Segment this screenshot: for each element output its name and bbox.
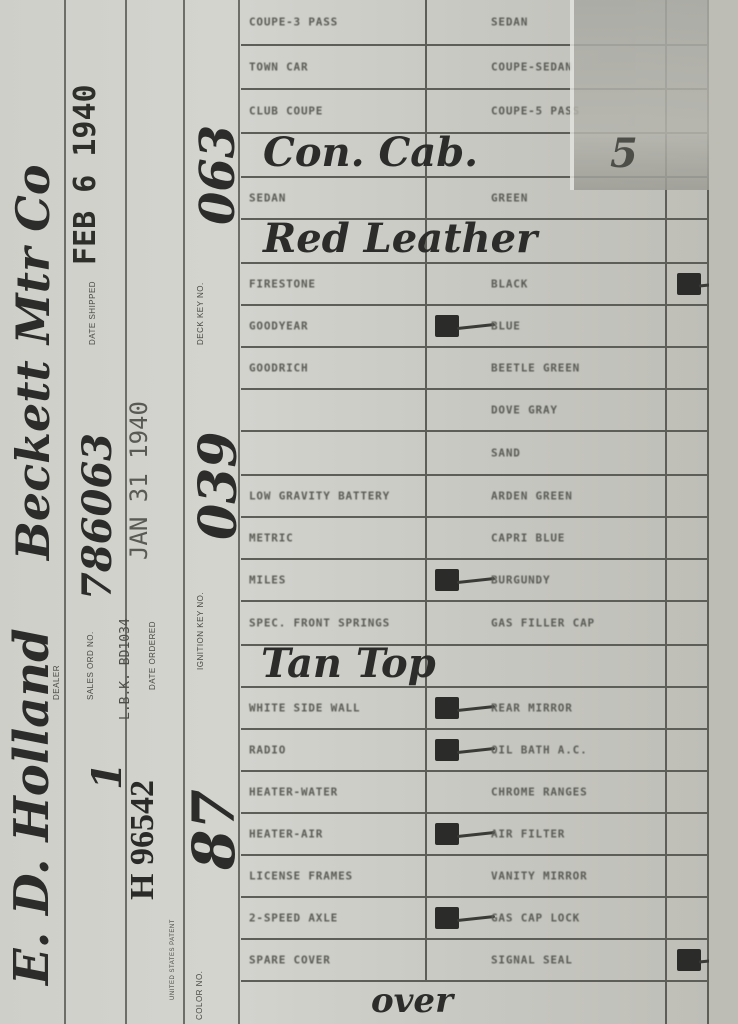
checkbox-cell[interactable]	[427, 432, 477, 474]
serial-number: H 96542	[124, 780, 162, 900]
checkbox-cell[interactable]	[427, 856, 477, 896]
option-label: CHROME RANGES	[491, 786, 588, 799]
ignition-key-number: 039	[188, 431, 249, 540]
check-mark-icon	[435, 739, 459, 761]
checkbox-cell[interactable]	[667, 814, 709, 854]
checkbox-cell-checked[interactable]	[427, 814, 477, 854]
checkbox-cell[interactable]	[427, 390, 477, 430]
date-shipped-stamp: FEB 6 1940	[68, 84, 103, 265]
checkbox-cell[interactable]	[427, 940, 477, 980]
option-label: RADIO	[249, 744, 286, 757]
option-label: ARDEN GREEN	[491, 490, 573, 503]
option-label: REAR MIRROR	[491, 702, 573, 715]
option-label: CLUB COUPE	[249, 105, 323, 118]
date-ordered-stamp: JAN 31 1940	[125, 401, 153, 560]
checkbox-cell[interactable]	[667, 432, 709, 474]
checkbox-cell[interactable]	[427, 518, 477, 558]
option-label: SPARE COVER	[249, 954, 331, 967]
date-ordered-caption: DATE ORDERED	[148, 621, 157, 690]
top-handwriting: Tan Top	[261, 640, 436, 687]
option-label: SEDAN	[491, 16, 528, 29]
checkbox-cell[interactable]	[667, 602, 709, 644]
option-label: MILES	[249, 574, 286, 587]
table-row: FIRESTONE BLACK	[241, 264, 709, 306]
checkbox-cell[interactable]	[427, 178, 477, 218]
option-label: LOW GRAVITY BATTERY	[249, 490, 390, 503]
checkbox-cell[interactable]	[427, 772, 477, 812]
order-card: Beckett Mtr Co DEALER FEB 6 1940 DATE SH…	[0, 0, 738, 1024]
checkbox-cell[interactable]	[667, 476, 709, 516]
option-label: GAS FILLER CAP	[491, 617, 595, 630]
table-row: 2-SPEED AXLE GAS CAP LOCK	[241, 898, 709, 940]
table-row: WHITE SIDE WALL REAR MIRROR	[241, 688, 709, 730]
checkbox-cell-checked[interactable]	[427, 688, 477, 728]
customer-name: E. D. Holland	[4, 628, 60, 985]
column-divider	[183, 0, 185, 1024]
table-row: GOODRICH BEETLE GREEN	[241, 348, 709, 390]
date-shipped-caption: DATE SHIPPED	[88, 281, 97, 345]
corner-handwriting: 5	[610, 130, 638, 177]
option-label: BEETLE GREEN	[491, 362, 580, 375]
handwritten-row: Tan Top	[241, 646, 709, 688]
checkbox-cell[interactable]	[667, 348, 709, 388]
sales-order-number: 786063	[74, 433, 121, 600]
checkbox-cell[interactable]	[667, 390, 709, 430]
option-label: GREEN	[491, 192, 528, 205]
option-label: VANITY MIRROR	[491, 870, 588, 883]
dealer-handwriting: Beckett Mtr Co	[6, 164, 60, 560]
handwritten-row: over	[241, 982, 709, 1024]
check-mark-icon	[435, 315, 459, 337]
option-label: TOWN CAR	[249, 61, 308, 74]
serial-handwritten: 1	[84, 762, 131, 790]
checkbox-cell[interactable]	[427, 0, 477, 44]
option-label: COUPE-5 PASS	[491, 105, 580, 118]
option-label: WHITE SIDE WALL	[249, 702, 360, 715]
option-label: LICENSE FRAMES	[249, 870, 353, 883]
checkbox-cell[interactable]	[427, 602, 477, 644]
table-row: MILES BURGUNDY	[241, 560, 709, 602]
checkbox-cell[interactable]	[667, 518, 709, 558]
option-label: GAS CAP LOCK	[491, 912, 580, 925]
table-row: SAND	[241, 432, 709, 476]
checkbox-cell-checked[interactable]	[427, 560, 477, 600]
ignition-key-caption: IGNITION KEY NO.	[196, 592, 205, 670]
check-mark-icon	[677, 949, 701, 971]
deck-key-caption: DECK KEY NO.	[196, 282, 205, 345]
checkbox-cell[interactable]	[427, 90, 477, 132]
checkbox-cell[interactable]	[667, 730, 709, 770]
table-row: DOVE GRAY	[241, 390, 709, 432]
option-label: COUPE-SEDAN	[491, 61, 573, 74]
checkbox-cell-checked[interactable]	[427, 898, 477, 938]
checkbox-cell[interactable]	[427, 264, 477, 304]
checkbox-cell-checked[interactable]	[427, 306, 477, 346]
option-label: AIR FILTER	[491, 828, 565, 841]
option-label: HEATER-AIR	[249, 828, 323, 841]
deck-key-number: 063	[190, 125, 246, 225]
check-mark-icon	[435, 697, 459, 719]
table-row: METRIC CAPRI BLUE	[241, 518, 709, 560]
checkbox-cell[interactable]	[667, 856, 709, 896]
color-no-caption: COLOR NO.	[195, 971, 204, 1020]
lsa-code-stamp: L.B.K. BD1034	[118, 618, 133, 720]
option-label: GOODRICH	[249, 362, 308, 375]
checkbox-cell[interactable]	[667, 560, 709, 600]
checkbox-cell[interactable]	[427, 348, 477, 388]
trim-handwriting: Red Leather	[263, 215, 537, 262]
table-row: HEATER-WATER CHROME RANGES	[241, 772, 709, 814]
option-label: CAPRI BLUE	[491, 532, 565, 545]
table-row: LOW GRAVITY BATTERY ARDEN GREEN	[241, 476, 709, 518]
over-handwriting: over	[371, 981, 453, 1021]
check-mark-icon	[677, 273, 701, 295]
table-row: RADIO OIL BATH A.C.	[241, 730, 709, 772]
option-label: HEATER-WATER	[249, 786, 338, 799]
option-label: METRIC	[249, 532, 294, 545]
option-label: 2-SPEED AXLE	[249, 912, 338, 925]
car-number: 87	[180, 789, 248, 870]
table-row: SPARE COVER SIGNAL SEAL	[241, 940, 709, 982]
column-divider	[64, 0, 66, 1024]
check-mark-icon	[435, 907, 459, 929]
option-label: COUPE-3 PASS	[249, 16, 338, 29]
table-row: GOODYEAR BLUE	[241, 306, 709, 348]
option-label: SPEC. FRONT SPRINGS	[249, 617, 390, 630]
checkbox-cell[interactable]	[667, 898, 709, 938]
option-label: BLUE	[491, 320, 521, 333]
checkbox-cell-checked[interactable]	[427, 730, 477, 770]
handwritten-row: Red Leather	[241, 220, 709, 264]
option-label: DOVE GRAY	[491, 404, 558, 417]
option-label: BURGUNDY	[491, 574, 550, 587]
checkbox-cell[interactable]	[427, 46, 477, 88]
checkbox-cell[interactable]	[667, 772, 709, 812]
option-label: SAND	[491, 447, 521, 460]
check-mark-icon	[435, 569, 459, 591]
option-label: FIRESTONE	[249, 278, 316, 291]
check-mark-icon	[435, 823, 459, 845]
body-type-handwriting: Con. Cab.	[263, 129, 478, 176]
checkbox-cell[interactable]	[667, 688, 709, 728]
checkbox-cell[interactable]	[667, 306, 709, 346]
option-label: BLACK	[491, 278, 528, 291]
table-row: HEATER-AIR AIR FILTER	[241, 814, 709, 856]
right-margin	[709, 0, 738, 1024]
checkbox-cell-checked[interactable]	[667, 264, 709, 304]
table-row: LICENSE FRAMES VANITY MIRROR	[241, 856, 709, 898]
option-label: OIL BATH A.C.	[491, 744, 588, 757]
checkbox-cell[interactable]	[427, 476, 477, 516]
option-label: GOODYEAR	[249, 320, 308, 333]
sales-order-caption: SALES ORD NO.	[86, 631, 95, 700]
option-label: SIGNAL SEAL	[491, 954, 573, 967]
patent-print: UNITED STATES PATENT	[170, 919, 176, 1000]
checkbox-cell-checked[interactable]	[667, 940, 709, 980]
option-label: SEDAN	[249, 192, 286, 205]
